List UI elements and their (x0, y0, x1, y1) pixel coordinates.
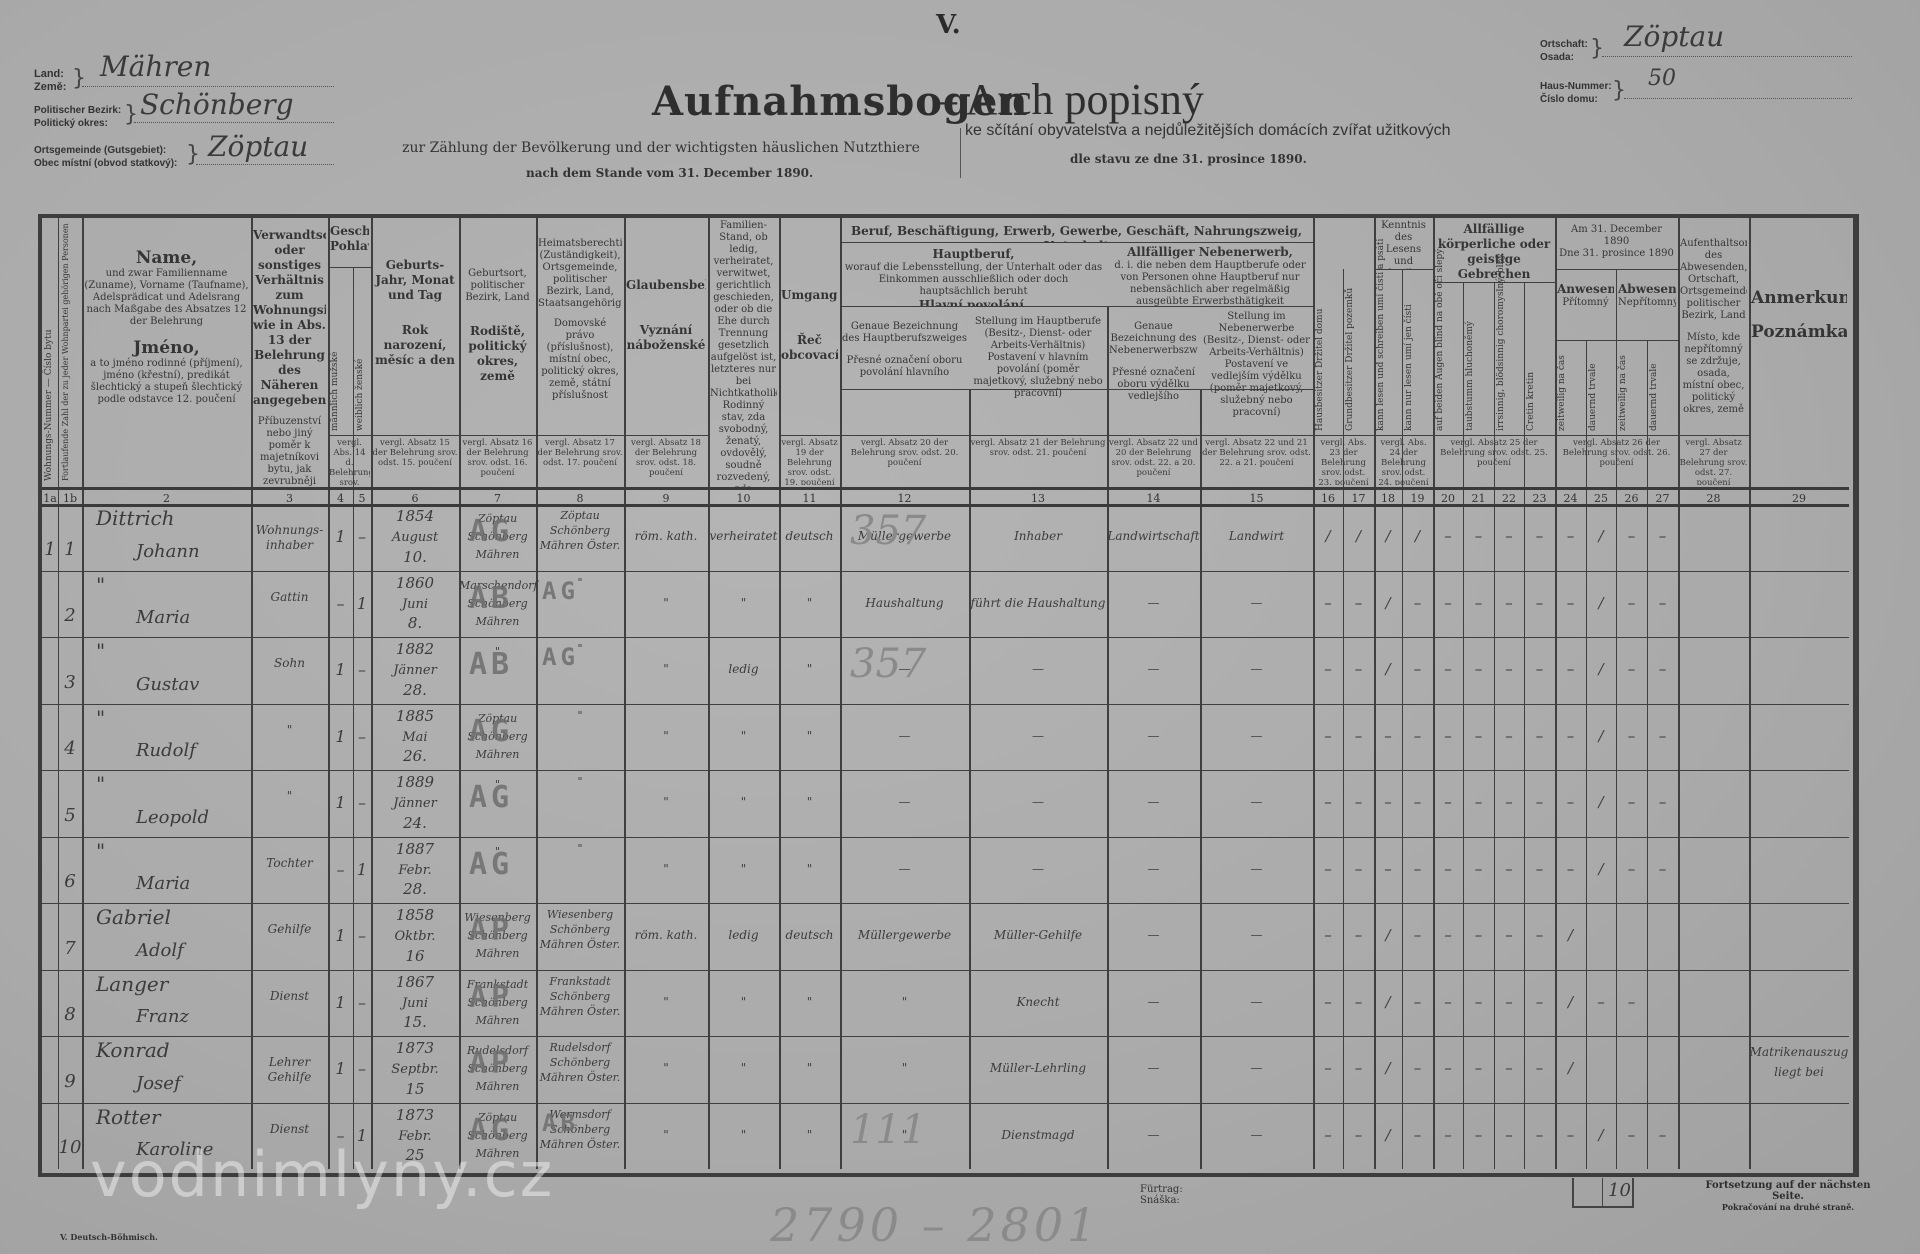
header-marital-status: Familien-Stand, ob ledig, verheiratet, v… (710, 220, 777, 487)
mark-col-18: / (1374, 661, 1402, 678)
side-occupation: — (1107, 1060, 1200, 1077)
person-number: 2 (58, 607, 82, 624)
instruction-reference: vergl. Absatz 27 der Belehrung srov. ods… (1679, 438, 1748, 485)
dwelling-number: 1 (42, 541, 58, 558)
mark-col-19: – (1402, 794, 1433, 811)
relationship: Gattin (251, 590, 328, 605)
header-male: männlich mužské (330, 306, 351, 431)
header-sex: GeschlechtPohlaví (330, 224, 369, 267)
header-absent-temporary: zeitweilig na čas (1618, 348, 1645, 431)
marital-status: " (708, 595, 779, 612)
side-occupation: — (1107, 728, 1200, 745)
person-number: 3 (58, 674, 82, 691)
side-occupation: — (1107, 861, 1200, 878)
stamp-secondary: AG (542, 643, 579, 671)
header-divider (1313, 435, 1374, 436)
header-presence-date: Am 31. December 1890Dne 31. prosince 189… (1557, 224, 1676, 269)
instruction-reference: vergl. Absatz 16 der Belehrung srov. ods… (460, 438, 535, 485)
mark-col-23: – (1524, 728, 1555, 745)
surname: Konrad (82, 1042, 265, 1059)
stamp-secondary: AB (542, 1109, 579, 1137)
mark-col-24: / (1555, 927, 1586, 944)
instruction-reference: vergl. Abs. 24 der Belehrung srov. odst.… (1375, 438, 1432, 485)
main-position: Dienstmagd (969, 1127, 1107, 1144)
mark-col-25: / (1586, 861, 1616, 878)
header-divider (536, 435, 624, 436)
surname: " (82, 577, 265, 594)
birth-month: Jänner (371, 795, 459, 812)
side-position: — (1200, 994, 1313, 1011)
mark-col-20: – (1433, 661, 1463, 678)
mark-col-21: – (1463, 728, 1494, 745)
person-number: 4 (58, 740, 82, 757)
religion: " (624, 1060, 708, 1077)
header-main-position: Stellung im Hauptberufe (Besitz-, Dienst… (971, 316, 1105, 431)
side-position: — (1200, 861, 1313, 878)
side-occupation: — (1107, 794, 1200, 811)
instruction-reference: vergl. Absatz 20 der Belehrung srov. ods… (841, 438, 968, 485)
mark-col-17: – (1343, 794, 1374, 811)
mark-col-18: – (1374, 861, 1402, 878)
main-position: Knecht (969, 994, 1107, 1011)
remark: Matrikenauszug liegt bei (1749, 1042, 1849, 1082)
header-insane: irrsinnig, blödsinnig choromyslný, blbý (1496, 289, 1522, 431)
mark-col-26: – (1616, 1127, 1647, 1144)
birth-day: 26. (371, 748, 459, 765)
mark-col-23: – (1524, 661, 1555, 678)
mark-col-27: – (1647, 595, 1678, 612)
main-occupation: — (840, 861, 969, 878)
mark-col-24: – (1555, 794, 1586, 811)
header-side-occupation: Allfälliger Nebenerwerb,d. i. die neben … (1109, 245, 1311, 306)
marital-status: " (708, 861, 779, 878)
main-occupation: Haushaltung (840, 595, 969, 612)
header-divider (1678, 435, 1749, 436)
birth-day: 10. (371, 549, 459, 566)
marital-status: " (708, 1060, 779, 1077)
stamp-primary: AG (469, 514, 513, 549)
relationship: Dienst (251, 1122, 328, 1137)
relationship: Lehrer Gehilfe (251, 1055, 328, 1085)
side-position: — (1200, 927, 1313, 944)
header-side-branch: Genaue Bezeichnung des Nebenerwerbszweig… (1109, 321, 1198, 431)
sex-male: 1 (328, 794, 353, 811)
header-name: Name,und zwar Familienname (Zuname), Vor… (84, 248, 249, 487)
domicile: Zöptau Schönberg Mähren Öster. (536, 508, 624, 553)
mark-col-23: – (1524, 927, 1555, 944)
side-occupation: Landwirtschaft (1107, 528, 1200, 545)
mark-col-25: – (1586, 994, 1616, 1011)
mark-col-26: – (1616, 728, 1647, 745)
relationship: Tochter (251, 856, 328, 871)
mark-col-17: – (1343, 1127, 1374, 1144)
header-divider (1555, 340, 1678, 341)
domicile: Wiesenberg Schönberg Mähren Öster. (536, 907, 624, 952)
stamp-primary: AP (469, 980, 513, 1015)
mark-col-17: / (1343, 528, 1374, 545)
domicile: Frankstadt Schönberg Mähren Öster. (536, 974, 624, 1019)
mark-col-16: – (1313, 595, 1343, 612)
given-name: Rudolf (82, 742, 305, 759)
mark-col-19: / (1402, 528, 1433, 545)
surname: Dittrich (82, 510, 265, 527)
header-dwelling-number: Wohnungs-Nummer — Číslo bytu (44, 278, 56, 481)
sex-female: – (353, 994, 371, 1011)
carry-value: 10 (1608, 1180, 1631, 1201)
main-position: — (969, 728, 1107, 745)
header-cretin: Cretin kretin (1526, 289, 1553, 431)
header-language: UmgangsspracheŘeč obcovací (781, 288, 838, 431)
birth-day: 16 (371, 948, 459, 965)
language: " (779, 728, 840, 745)
religion: röm. kath. (624, 927, 708, 944)
religion: " (624, 861, 708, 878)
header-house-owner: Hausbesitzer Držitel domu (1315, 294, 1341, 431)
header-divider (328, 267, 371, 268)
marital-status: " (708, 728, 779, 745)
language: " (779, 1060, 840, 1077)
mark-col-25: / (1586, 1127, 1616, 1144)
header-absent: AbwesendNepřítomný (1618, 282, 1676, 340)
person-number: 7 (58, 940, 82, 957)
surname: " (82, 710, 265, 727)
birth-month: Septbr. (371, 1061, 459, 1078)
side-position: — (1200, 1127, 1313, 1144)
mark-col-16: – (1313, 927, 1343, 944)
mark-col-18: / (1374, 927, 1402, 944)
header-absent-permanent: dauernd trvale (1649, 348, 1676, 431)
birth-year: 1882 (371, 641, 459, 658)
instruction-reference: vergl. Absatz 17 der Belehrung srov. ods… (537, 438, 623, 485)
instruction-reference: vergl. Abs. 14 d. Belehrung srov. odst. … (329, 438, 370, 485)
mark-col-25: / (1586, 528, 1616, 545)
header-side-position: Stellung im Nebenerwerbe (Besitz-, Diens… (1202, 311, 1311, 431)
mark-col-22: – (1494, 728, 1524, 745)
side-position: — (1200, 595, 1313, 612)
language: " (779, 861, 840, 878)
given-name: Gustav (82, 676, 305, 693)
header-present-permanent: dauernd trvale (1588, 348, 1614, 431)
side-occupation: — (1107, 661, 1200, 678)
instruction-reference: vergl. Abs. 23 der Belehrung srov. odst.… (1314, 438, 1373, 485)
header-divider (1433, 282, 1555, 283)
mark-col-25: / (1586, 661, 1616, 678)
mark-col-22: – (1494, 794, 1524, 811)
birth-year: 1885 (371, 708, 459, 725)
side-occupation: — (1107, 595, 1200, 612)
surname: " (82, 843, 265, 860)
header-read-write: kann lesen und schreiben umí čísti a psá… (1376, 277, 1400, 431)
mark-col-20: – (1433, 1127, 1463, 1144)
header-disabilities: Allfällige körperliche oder geistige Geb… (1435, 222, 1553, 282)
mark-col-17: – (1343, 994, 1374, 1011)
given-name: Maria (82, 875, 305, 892)
domicile: Rudelsdorf Schönberg Mähren Öster. (536, 1040, 624, 1085)
birth-year: 1873 (371, 1040, 459, 1057)
header-person-sequence: Fortlaufende Zahl der zu jeder Wohnparte… (60, 238, 80, 481)
sex-male: 1 (328, 728, 353, 745)
header-divider (1200, 435, 1313, 436)
mark-col-26: – (1616, 595, 1647, 612)
header-domicile: Heimatsberechtigung (Zuständigkeit), Ort… (538, 238, 622, 431)
person-number: 9 (58, 1073, 82, 1090)
mark-col-16: – (1313, 794, 1343, 811)
mark-col-27: – (1647, 794, 1678, 811)
mark-col-22: – (1494, 661, 1524, 678)
religion: " (624, 661, 708, 678)
mark-col-24: – (1555, 861, 1586, 878)
side-position: — (1200, 661, 1313, 678)
mark-col-26: – (1616, 661, 1647, 678)
birth-day: 15 (371, 1081, 459, 1098)
mark-col-21: – (1463, 861, 1494, 878)
person-number: 10 (58, 1139, 82, 1156)
mark-col-18: / (1374, 528, 1402, 545)
surname: " (82, 776, 265, 793)
mark-col-19: – (1402, 661, 1433, 678)
mark-col-17: – (1343, 927, 1374, 944)
sex-female: 1 (353, 595, 371, 612)
pencil-code: 357 (850, 641, 926, 687)
header-land-owner: Grundbesitzer Držitel pozemků (1345, 294, 1372, 431)
header-main-branch: Genaue Bezeichnung des Hauptberufszweige… (842, 321, 967, 431)
sex-female: – (353, 528, 371, 545)
marital-status: ledig (708, 927, 779, 944)
printer-mark: V. Deutsch-Böhmisch. (60, 1232, 158, 1242)
mark-col-19: – (1402, 861, 1433, 878)
main-position: Müller-Lehrling (969, 1060, 1107, 1077)
mark-col-19: – (1402, 994, 1433, 1011)
relationship: Wohnungs-inhaber (251, 523, 328, 553)
religion: " (624, 728, 708, 745)
relationship: " (251, 723, 328, 738)
mark-col-18: / (1374, 595, 1402, 612)
mark-col-20: – (1433, 1060, 1463, 1077)
header-birthplace: Geburtsort, politischer Bezirk, LandRodi… (461, 268, 534, 431)
header-read-only: kann nur lesen umí jen čísti (1404, 277, 1431, 431)
header-divider (1555, 269, 1678, 270)
census-sheet: Land:Země: } Mähren Politischer Bezirk:P… (0, 0, 1920, 1254)
sex-female: – (353, 728, 371, 745)
mark-col-23: – (1524, 528, 1555, 545)
birth-month: Oktbr. (371, 928, 459, 945)
mark-col-23: – (1524, 794, 1555, 811)
mark-col-26: – (1616, 994, 1647, 1011)
mark-col-18: / (1374, 994, 1402, 1011)
mark-col-22: – (1494, 1060, 1524, 1077)
religion: " (624, 994, 708, 1011)
sex-female: – (353, 1060, 371, 1077)
mark-col-20: – (1433, 528, 1463, 545)
header-divider (459, 435, 536, 436)
mark-col-17: – (1343, 595, 1374, 612)
mark-col-22: – (1494, 927, 1524, 944)
given-name: Leopold (82, 809, 305, 826)
domicile: " (536, 774, 624, 789)
birth-month: Juni (371, 995, 459, 1012)
religion: " (624, 794, 708, 811)
birth-month: Jänner (371, 662, 459, 679)
main-position: — (969, 794, 1107, 811)
birth-day: 8. (371, 615, 459, 632)
language: " (779, 661, 840, 678)
stamp-secondary: AG (542, 577, 579, 605)
mark-col-23: – (1524, 595, 1555, 612)
given-name: Franz (82, 1008, 305, 1025)
mark-col-16: – (1313, 861, 1343, 878)
header-divider (1107, 435, 1200, 436)
mark-col-16: – (1313, 1127, 1343, 1144)
mark-col-18: / (1374, 1127, 1402, 1144)
mark-col-19: – (1402, 728, 1433, 745)
birth-year: 1854 (371, 508, 459, 525)
header-divider (840, 306, 1313, 307)
mark-col-23: – (1524, 994, 1555, 1011)
mark-col-26: – (1616, 861, 1647, 878)
mark-col-19: – (1402, 595, 1433, 612)
birth-day: 15. (371, 1014, 459, 1031)
main-occupation: " (840, 1060, 969, 1077)
header-birth-date: Geburts-Jahr, Monat und TagRok narození,… (373, 258, 457, 431)
header-female: weiblich ženské (355, 306, 369, 431)
mark-col-20: – (1433, 994, 1463, 1011)
sex-male: 1 (328, 1060, 353, 1077)
religion: " (624, 595, 708, 612)
main-position: Müller-Gehilfe (969, 927, 1107, 944)
mark-col-27: – (1647, 861, 1678, 878)
sex-male: – (328, 595, 353, 612)
main-position: führt die Haushaltung (969, 595, 1107, 612)
mark-col-18: – (1374, 728, 1402, 745)
stamp-primary: AP (469, 1046, 513, 1081)
instruction-reference: vergl. Absatz 18 der Belehrung srov. ods… (625, 438, 707, 485)
mark-col-21: – (1463, 994, 1494, 1011)
header-divider (840, 435, 969, 436)
birth-year: 1858 (371, 907, 459, 924)
domicile: " (536, 708, 624, 723)
given-name: Maria (82, 609, 305, 626)
carry-label: Fürtrag:Snáška: (1140, 1184, 1183, 1206)
domicile: " (536, 841, 624, 856)
pencil-code: 111 (850, 1107, 926, 1153)
mark-col-24: – (1555, 528, 1586, 545)
sex-male: 1 (328, 927, 353, 944)
person-number: 5 (58, 807, 82, 824)
header-divider (1433, 435, 1555, 436)
mark-col-16: – (1313, 1060, 1343, 1077)
header-divider (1374, 435, 1433, 436)
mark-col-21: – (1463, 1127, 1494, 1144)
side-occupation: — (1107, 927, 1200, 944)
mark-col-23: – (1524, 1060, 1555, 1077)
mark-col-20: – (1433, 927, 1463, 944)
marital-status: " (708, 794, 779, 811)
main-occupation: Müllergewerbe (840, 927, 969, 944)
stamp-primary: AP (469, 913, 513, 948)
header-divider (1555, 435, 1678, 436)
mark-col-22: – (1494, 861, 1524, 878)
stamp-primary: AG (469, 780, 513, 815)
sex-female: 1 (353, 861, 371, 878)
side-position: — (1200, 728, 1313, 745)
language: deutsch (779, 927, 840, 944)
pencil-code: 357 (850, 508, 926, 554)
mark-col-24: – (1555, 728, 1586, 745)
mark-col-17: – (1343, 728, 1374, 745)
mark-col-17: – (1343, 1060, 1374, 1077)
mark-col-25: / (1586, 794, 1616, 811)
religion: " (624, 1127, 708, 1144)
surname: Langer (82, 976, 265, 993)
sex-female: – (353, 661, 371, 678)
header-remarks: AnmerkungPoznámka (1751, 288, 1847, 431)
main-position: — (969, 661, 1107, 678)
mark-col-21: – (1463, 1060, 1494, 1077)
main-occupation: — (840, 728, 969, 745)
mark-col-20: – (1433, 595, 1463, 612)
mark-col-26: – (1616, 794, 1647, 811)
mark-col-17: – (1343, 861, 1374, 878)
language: " (779, 1127, 840, 1144)
marital-status: " (708, 1127, 779, 1144)
mark-col-22: – (1494, 1127, 1524, 1144)
stamp-primary: AB (469, 647, 513, 682)
mark-col-21: – (1463, 661, 1494, 678)
instruction-reference: vergl. Absatz 22 und 20 der Belehrung sr… (1108, 438, 1199, 485)
sex-female: – (353, 927, 371, 944)
language: " (779, 794, 840, 811)
header-divider (779, 435, 840, 436)
mark-col-25: / (1586, 595, 1616, 612)
header-present-temporary: zeitweilig na čas (1557, 348, 1584, 431)
main-position: Inhaber (969, 528, 1107, 545)
header-divider (328, 435, 371, 436)
side-occupation: — (1107, 1127, 1200, 1144)
mark-col-24: / (1555, 1060, 1586, 1077)
stamp-primary: AB (469, 581, 513, 616)
side-occupation: — (1107, 994, 1200, 1011)
mark-col-20: – (1433, 794, 1463, 811)
birth-year: 1889 (371, 774, 459, 791)
sex-male: 1 (328, 994, 353, 1011)
mark-col-24: – (1555, 661, 1586, 678)
main-position: — (969, 861, 1107, 878)
header-divider (371, 435, 459, 436)
mark-col-20: – (1433, 861, 1463, 878)
surname: Gabriel (82, 909, 265, 926)
census-table: 1a1b234567891011121314151617181920212223… (0, 0, 1920, 1254)
mark-col-16: / (1313, 528, 1343, 545)
birth-month: Juni (371, 596, 459, 613)
header-divider (624, 435, 708, 436)
main-occupation: — (840, 794, 969, 811)
mark-col-19: – (1402, 1127, 1433, 1144)
religion: röm. kath. (624, 528, 708, 545)
birth-day: 24. (371, 815, 459, 832)
birth-day: 28. (371, 881, 459, 898)
birth-year: 1873 (371, 1107, 459, 1124)
mark-col-16: – (1313, 661, 1343, 678)
marital-status: " (708, 994, 779, 1011)
language: deutsch (779, 528, 840, 545)
mark-col-17: – (1343, 661, 1374, 678)
mark-col-27: – (1647, 528, 1678, 545)
mark-col-21: – (1463, 595, 1494, 612)
instruction-reference: vergl. Absatz 22 und 21 der Belehrung sr… (1201, 438, 1312, 485)
mark-col-22: – (1494, 595, 1524, 612)
language: " (779, 994, 840, 1011)
mark-col-24: – (1555, 1127, 1586, 1144)
